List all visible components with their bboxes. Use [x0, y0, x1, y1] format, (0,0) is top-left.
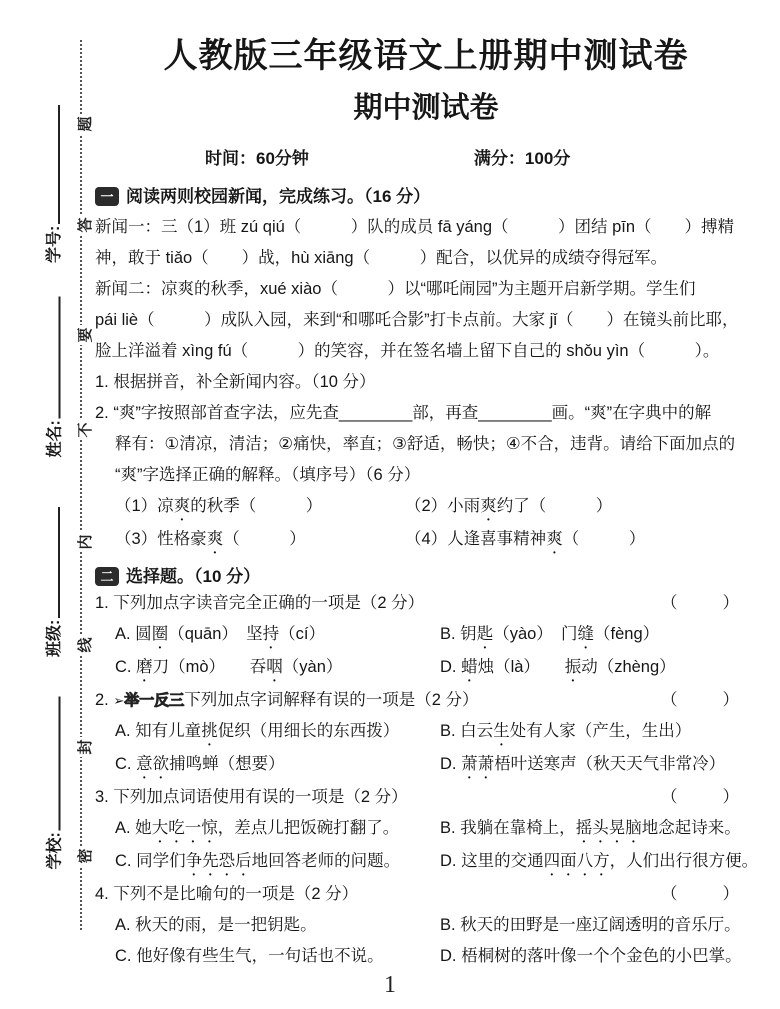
section-2-header: 二 选择题。（10 分） — [95, 566, 757, 588]
question-stem-row: 1. 下列加点字读音完全正确的一项是（2 分） （ ） — [95, 588, 757, 619]
section-1-title: 阅读两则校园新闻，完成练习。（16 分） — [126, 186, 430, 208]
section-1-header: 一 阅读两则校园新闻，完成练习。（16 分） — [95, 186, 757, 208]
answer-bracket: （ ） — [661, 879, 743, 910]
question-stem-text: 下列加点字词解释有误的一项是（2 分） — [184, 691, 478, 709]
emphasis-dots: 意欲 — [136, 755, 169, 773]
page-subtitle: 期中测试卷 — [95, 91, 757, 126]
question-stem-text: 下列加点字读音完全正确的一项是（2 分） — [113, 594, 424, 612]
question-stem-text: 下列加点词语使用有误的一项是（2 分） — [113, 788, 407, 806]
field-student-id-label: 学号: — [41, 226, 64, 263]
option: A. 秋天的雨，是一把钥匙。 — [115, 910, 440, 941]
emphasis-dots: 蜡 — [461, 658, 478, 676]
field-school-label: 学校: — [41, 832, 64, 869]
s2-question-3: 3. 下列加点词语使用有误的一项是（2 分） （ ） A. 她大吃一惊，差点儿把… — [95, 782, 757, 879]
field-name: 姓名: — [42, 297, 64, 458]
option: A. 她大吃一惊，差点儿把饭碗打翻了。 — [115, 813, 440, 846]
question-stem-row: 4. 下列不是比喻句的一项是（2 分） （ ） — [95, 879, 757, 910]
s1-question-2: 2. “爽”字按照部首查字法，应先查________部，再查________画。… — [95, 398, 757, 557]
seal-char: 题 — [74, 114, 94, 134]
s2-question-4: 4. 下列不是比喻句的一项是（2 分） （ ） A. 秋天的雨，是一把钥匙。 B… — [95, 879, 757, 972]
badge-juyifansan: 举一反三 — [124, 692, 184, 709]
option-grid: A. 圆圈（quān） 坚持（cí） B. 钥匙（yào） 门缝（fèng） C… — [95, 619, 757, 685]
emphasis-dots: 四面八方 — [544, 852, 610, 870]
option: B. 我躺在靠椅上，摇头晃脑地念起诗来。 — [440, 813, 758, 846]
seal-char: 线 — [74, 635, 94, 655]
field-underline — [41, 105, 60, 224]
option: B. 白云生处有人家（产生，生出） — [440, 716, 757, 749]
option: A. 圆圈（quān） 坚持（cí） — [115, 619, 440, 652]
field-school: 学校: — [42, 697, 64, 870]
news-line: 新闻二：凉爽的秋季，xué xiào（ ）以“哪吒闹园”为主题开启新学期。学生们 — [95, 274, 757, 305]
field-underline — [41, 507, 60, 618]
sub-item: （4）人逢喜事精神爽（ ） — [405, 524, 757, 557]
section-2-title: 选择题。（10 分） — [126, 566, 260, 588]
s1-question-1: 1. 根据拼音，补全新闻内容。（10 分） — [95, 367, 757, 398]
question-text-line: 释有：①清凉，清洁；②痛快，率直；③舒适，畅快；④不合，违背。请给下面加点的 — [95, 429, 757, 460]
emphasis-dots: 挑 — [201, 722, 218, 740]
answer-bracket: （ ） — [661, 588, 743, 619]
question-number: 3. — [95, 788, 113, 806]
question-stem: 3. 下列加点词语使用有误的一项是（2 分） — [95, 782, 408, 813]
question-stem-row: 3. 下列加点词语使用有误的一项是（2 分） （ ） — [95, 782, 757, 813]
answer-bracket: （ ） — [661, 685, 743, 716]
emphasis-dots: 爽 — [480, 497, 497, 515]
option-grid: A. 秋天的雨，是一把钥匙。 B. 秋天的田野是一座辽阔透明的音乐厅。 C. 他… — [95, 910, 757, 972]
s2-question-1: 1. 下列加点字读音完全正确的一项是（2 分） （ ） A. 圆圈（quān） … — [95, 588, 757, 685]
option: D. 梧桐树的落叶像一个个金色的小巴掌。 — [440, 941, 757, 972]
option: B. 秋天的田野是一座辽阔透明的音乐厅。 — [440, 910, 757, 941]
section-1-number-icon: 一 — [95, 187, 119, 206]
arrow-icon: ➢ — [113, 693, 124, 708]
section-2-number-icon: 二 — [95, 567, 119, 586]
option: B. 钥匙（yào） 门缝（fèng） — [440, 619, 757, 652]
field-class: 班级: — [41, 507, 63, 657]
question-number: 2. — [95, 691, 113, 709]
emphasis-dots: 摇头晃脑 — [576, 819, 642, 837]
field-student-id: 学号: — [41, 105, 63, 263]
seal-dotted-line — [80, 40, 82, 930]
option: C. 磨刀（mò） 吞咽（yàn） — [115, 652, 440, 685]
question-number: 4. — [95, 885, 113, 903]
emphasis-dots: 爽 — [546, 530, 563, 548]
emphasis-dots: 萧萧 — [461, 755, 494, 773]
emphasis-dots: 磨 — [136, 658, 153, 676]
question-stem: 4. 下列不是比喻句的一项是（2 分） — [95, 879, 358, 910]
time-limit: 时间：60分钟 — [205, 148, 309, 170]
question-text-line: 2. “爽”字按照部首查字法，应先查________部，再查________画。… — [95, 398, 757, 429]
question-number: 1. — [95, 594, 113, 612]
emphasis-dots: 圈 — [152, 625, 169, 643]
question-stem: 2. ➢举一反三下列加点字词解释有误的一项是（2 分） — [95, 685, 479, 716]
seal-char: 封 — [74, 737, 94, 757]
sub-items: （1）凉爽的秋季（ ） （2）小雨爽约了（ ） （3）性格豪爽（ ） （4）人逢… — [95, 491, 757, 557]
question-stem: 1. 下列加点字读音完全正确的一项是（2 分） — [95, 588, 424, 619]
seal-char: 要 — [74, 325, 94, 345]
sub-item: （3）性格豪爽（ ） — [115, 524, 405, 557]
field-underline — [42, 297, 61, 419]
question-text-line: “爽”字选择正确的解释。（填序号）（6 分） — [95, 460, 757, 491]
full-score: 满分：100分 — [474, 148, 570, 170]
seal-char: 密 — [74, 846, 94, 866]
news-line: 脸上洋溢着 xìng fú（ ）的笑容，并在签名墙上留下自己的 shǒu yìn… — [95, 336, 757, 367]
exam-content: 人教版三年级语文上册期中测试卷 期中测试卷 时间：60分钟 满分：100分 一 … — [95, 0, 757, 972]
option-grid: A. 她大吃一惊，差点儿把饭碗打翻了。 B. 我躺在靠椅上，摇头晃脑地念起诗来。… — [95, 813, 757, 879]
question-stem-text: 下列不是比喻句的一项是（2 分） — [113, 885, 358, 903]
emphasis-dots: 振 — [565, 658, 582, 676]
emphasis-dots: 大吃一惊 — [152, 819, 218, 837]
option: C. 同学们争先恐后地回答老师的问题。 — [115, 846, 440, 879]
field-class-label: 班级: — [41, 620, 64, 657]
news-line: 新闻一：三（1）班 zú qiú（ ）队的成员 fā yáng（ ）团结 pīn… — [95, 212, 757, 243]
option-grid: A. 知有儿童挑促织（用细长的东西拨） B. 白云生处有人家（产生，生出） C.… — [95, 716, 757, 782]
page-title: 人教版三年级语文上册期中测试卷 — [95, 36, 757, 77]
page-number: 1 — [0, 972, 780, 999]
field-underline — [42, 697, 61, 831]
option: A. 知有儿童挑促织（用细长的东西拨） — [115, 716, 440, 749]
question-stem-row: 2. ➢举一反三下列加点字词解释有误的一项是（2 分） （ ） — [95, 685, 757, 716]
exam-meta: 时间：60分钟 满分：100分 — [95, 148, 757, 170]
emphasis-dots: 生 — [493, 722, 510, 740]
option: C. 意欲捕鸣蝉（想要） — [115, 749, 440, 782]
field-name-label: 姓名: — [41, 420, 64, 457]
emphasis-dots: 匙 — [477, 625, 494, 643]
s2-question-2: 2. ➢举一反三下列加点字词解释有误的一项是（2 分） （ ） A. 知有儿童挑… — [95, 685, 757, 782]
news-line: pái liè（ ）成队入园，来到“和哪吒合影”打卡点前。大家 jǐ（ ）在镜头… — [95, 305, 757, 336]
option: D. 蜡烛（là） 振动（zhèng） — [440, 652, 757, 685]
option: D. 这里的交通四面八方，人们出行很方便。 — [440, 846, 758, 879]
news-paragraphs: 新闻一：三（1）班 zú qiú（ ）队的成员 fā yáng（ ）团结 pīn… — [95, 212, 757, 367]
sub-item: （1）凉爽的秋季（ ） — [115, 491, 405, 524]
seal-char: 答 — [74, 215, 94, 235]
option: D. 萧萧梧叶送寒声（秋天天气非常冷） — [440, 749, 757, 782]
emphasis-dots: 咽 — [266, 658, 283, 676]
option: C. 他好像有些生气，一句话也不说。 — [115, 941, 440, 972]
answer-bracket: （ ） — [661, 782, 743, 813]
emphasis-dots: 爽 — [207, 530, 224, 548]
news-line: 神，敢于 tiǎo（ ）战，hù xiāng（ ）配合，以优异的成绩夺得冠军。 — [95, 243, 757, 274]
emphasis-dots: 持 — [263, 625, 280, 643]
seal-char: 不 — [74, 420, 94, 440]
emphasis-dots: 爽 — [174, 497, 191, 515]
emphasis-dots: 缝 — [578, 625, 595, 643]
emphasis-dots: 争先恐后 — [186, 852, 252, 870]
sub-item: （2）小雨爽约了（ ） — [405, 491, 757, 524]
seal-char: 内 — [74, 532, 94, 552]
